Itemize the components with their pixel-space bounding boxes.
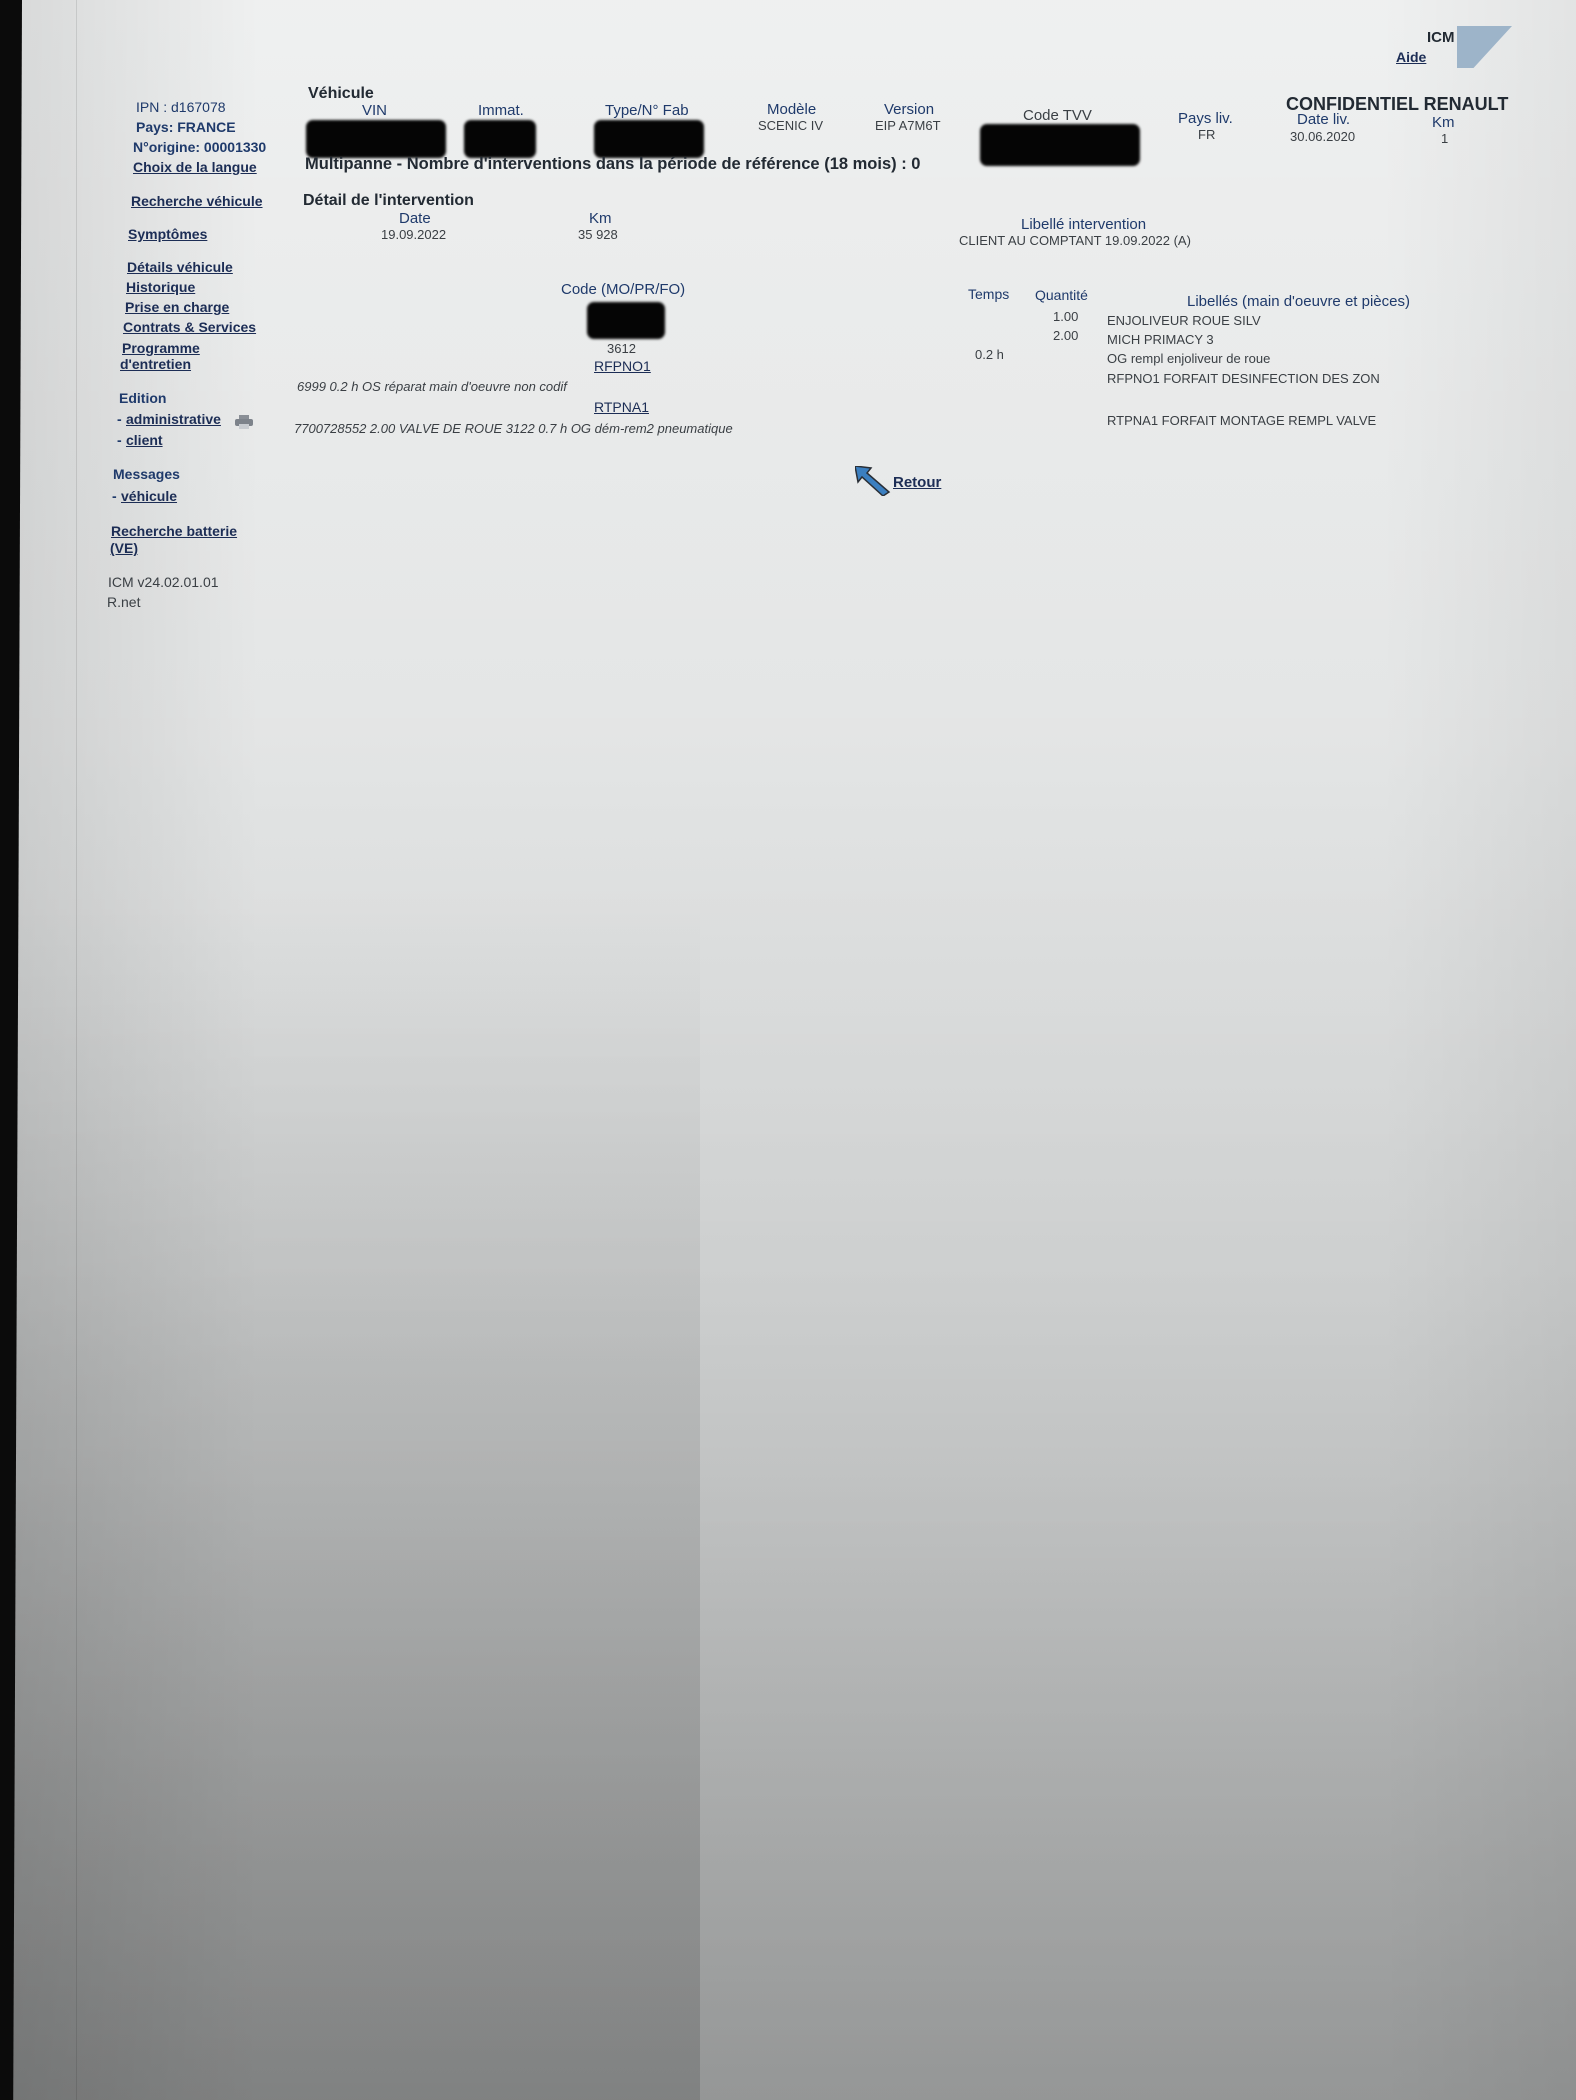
delivery-date-value: 30.06.2020 <box>1290 129 1355 144</box>
app-version: ICM v24.02.01.01 <box>108 574 219 590</box>
rtpna1-detail: 7700728552 2.00 VALVE DE ROUE 3122 0.7 h… <box>294 421 733 436</box>
app-name: ICM <box>1427 29 1455 46</box>
temps-header: Temps <box>968 286 1009 302</box>
back-arrow-icon[interactable] <box>855 466 895 496</box>
sidebar-item-symptomes[interactable]: Symptômes <box>128 226 207 242</box>
edition-client-link[interactable]: client <box>126 432 163 448</box>
client-dash: - <box>117 432 122 448</box>
edition-dash: - <box>117 411 122 427</box>
sidebar-item-prise-en-charge[interactable]: Prise en charge <box>125 299 229 315</box>
sidebar-item-programme-entretien-line2[interactable]: d'entretien <box>120 356 191 372</box>
user-country: Pays: FRANCE <box>136 119 236 135</box>
intervention-date-header: Date <box>399 210 431 227</box>
model-header: Modèle <box>767 101 816 118</box>
battery-search-link-line2[interactable]: (VE) <box>110 540 138 556</box>
model-value: SCENIC IV <box>758 118 823 133</box>
tvv-header: Code TVV <box>1023 107 1092 124</box>
intervention-date-value: 19.09.2022 <box>381 227 446 242</box>
quantite-header: Quantité <box>1035 287 1088 303</box>
version-header: Version <box>884 101 934 118</box>
delivery-country-value: FR <box>1198 127 1215 142</box>
edition-administrative-link[interactable]: administrative <box>126 411 221 427</box>
battery-search-link[interactable]: Recherche batterie <box>111 523 237 539</box>
messages-dash: - <box>112 488 117 504</box>
sidebar-item-programme-entretien[interactable]: Programme <box>122 340 200 356</box>
vehicle-section-title: Véhicule <box>308 85 374 103</box>
code-rtpna1-link[interactable]: RTPNA1 <box>594 399 649 415</box>
version-value: EIP A7M6T <box>875 118 941 133</box>
help-link[interactable]: Aide <box>1396 49 1426 65</box>
immat-header: Immat. <box>478 102 524 119</box>
sidebar-item-details-vehicule[interactable]: Détails véhicule <box>127 259 233 275</box>
line-1-quantite: 1.00 <box>1053 309 1078 324</box>
paper-fold-shadow <box>0 900 700 2100</box>
vin-redacted <box>306 120 446 158</box>
intervention-title: Détail de l'intervention <box>303 192 474 210</box>
code-redacted <box>587 302 665 339</box>
messages-heading: Messages <box>113 466 180 482</box>
intervention-km-value: 35 928 <box>578 227 618 242</box>
line-2-quantite: 2.00 <box>1053 328 1078 343</box>
sidebar-item-recherche-vehicule[interactable]: Recherche véhicule <box>131 193 263 209</box>
vehicle-km-header: Km <box>1432 114 1455 131</box>
rnet-label: R.net <box>107 594 140 610</box>
libelles-header: Libellés (main d'oeuvre et pièces) <box>1187 293 1410 310</box>
user-ipn: IPN : d167078 <box>136 99 226 115</box>
code-3612: 3612 <box>607 341 636 356</box>
code-header: Code (MO/PR/FO) <box>561 281 685 298</box>
tvv-redacted <box>980 124 1140 166</box>
code-rfpno1-link[interactable]: RFPNO1 <box>594 358 651 374</box>
vin-header: VIN <box>362 102 387 119</box>
vehicle-km-value: 1 <box>1441 131 1448 146</box>
printer-icon[interactable] <box>234 415 254 429</box>
type-redacted <box>594 120 704 158</box>
line-5-libelle: RTPNA1 FORFAIT MONTAGE REMPL VALVE <box>1107 413 1376 428</box>
language-link[interactable]: Choix de la langue <box>133 159 257 175</box>
line-2-libelle: MICH PRIMACY 3 <box>1107 332 1214 347</box>
page-edge-line <box>76 0 77 2100</box>
rfpno1-detail: 6999 0.2 h OS réparat main d'oeuvre non … <box>297 379 567 394</box>
line-1-libelle: ENJOLIVEUR ROUE SILV <box>1107 313 1261 328</box>
back-link[interactable]: Retour <box>893 474 941 491</box>
line-3-temps: 0.2 h <box>975 347 1004 362</box>
immat-redacted <box>464 120 536 158</box>
delivery-country-header: Pays liv. <box>1178 110 1233 127</box>
edition-heading: Edition <box>119 390 166 406</box>
multipanne-info: Multipanne - Nombre d'interventions dans… <box>305 155 920 174</box>
libelle-intervention-value: CLIENT AU COMPTANT 19.09.2022 (A) <box>959 233 1191 248</box>
messages-vehicule-link[interactable]: véhicule <box>121 488 177 504</box>
line-4-libelle: RFPNO1 FORFAIT DESINFECTION DES ZON <box>1107 371 1380 386</box>
sidebar-item-historique[interactable]: Historique <box>126 279 195 295</box>
type-header: Type/N° Fab <box>605 102 689 119</box>
delivery-date-header: Date liv. <box>1297 111 1350 128</box>
line-3-libelle: OG rempl enjoliveur de roue <box>1107 351 1270 366</box>
libelle-intervention-header: Libellé intervention <box>1021 216 1146 233</box>
user-origin: N°origine: 00001330 <box>133 139 266 155</box>
intervention-km-header: Km <box>589 210 612 227</box>
sidebar-item-contrats-services[interactable]: Contrats & Services <box>123 319 256 335</box>
